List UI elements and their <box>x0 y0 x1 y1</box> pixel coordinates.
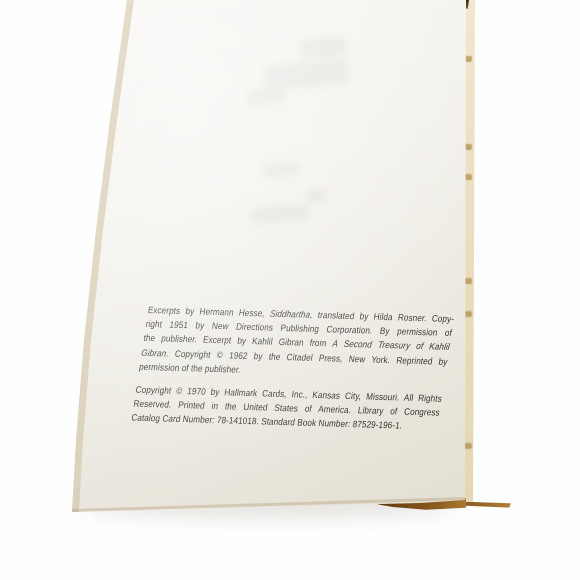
hallmark-copyright-paragraph: Copyright © 1970 by Hallmark Cards, Inc.… <box>130 383 443 435</box>
show-through-mark <box>299 36 346 59</box>
show-through-printing <box>0 0 580 580</box>
fore-edge-notch <box>464 443 472 449</box>
copyright-text-line: Catalog Card Number: 78-141018. Standard… <box>130 411 438 434</box>
copyright-text-line: Copyright © 1970 by Hallmark Cards, Inc.… <box>135 383 443 406</box>
show-through-mark <box>250 204 311 224</box>
copyright-text-line: the publisher. Excerpt by Kahlil Gibran … <box>143 331 451 354</box>
copyright-text-line: permission of the publisher. <box>138 360 446 383</box>
copyright-text-line: Reserved. Printed in the United States o… <box>132 397 440 420</box>
show-through-mark <box>263 59 349 90</box>
excerpts-copyright-paragraph: Excerpts by Hermann Hesse, Siddhartha, t… <box>138 303 455 383</box>
show-through-mark <box>245 87 286 107</box>
copyright-page: Excerpts by Hermann Hesse, Siddhartha, t… <box>0 0 580 580</box>
copyright-text-block: Excerpts by Hermann Hesse, Siddhartha, t… <box>130 303 455 434</box>
book-photo: Excerpts by Hermann Hesse, Siddhartha, t… <box>0 0 580 580</box>
show-through-mark <box>262 162 301 178</box>
copyright-text-line: right 1951 by New Directions Publishing … <box>145 317 453 340</box>
show-through-mark <box>305 189 328 203</box>
copyright-text-line: Excerpts by Hermann Hesse, Siddhartha, t… <box>147 303 455 326</box>
copyright-text-line: Gibran. Copyright © 1962 by the Citadel … <box>140 345 448 368</box>
